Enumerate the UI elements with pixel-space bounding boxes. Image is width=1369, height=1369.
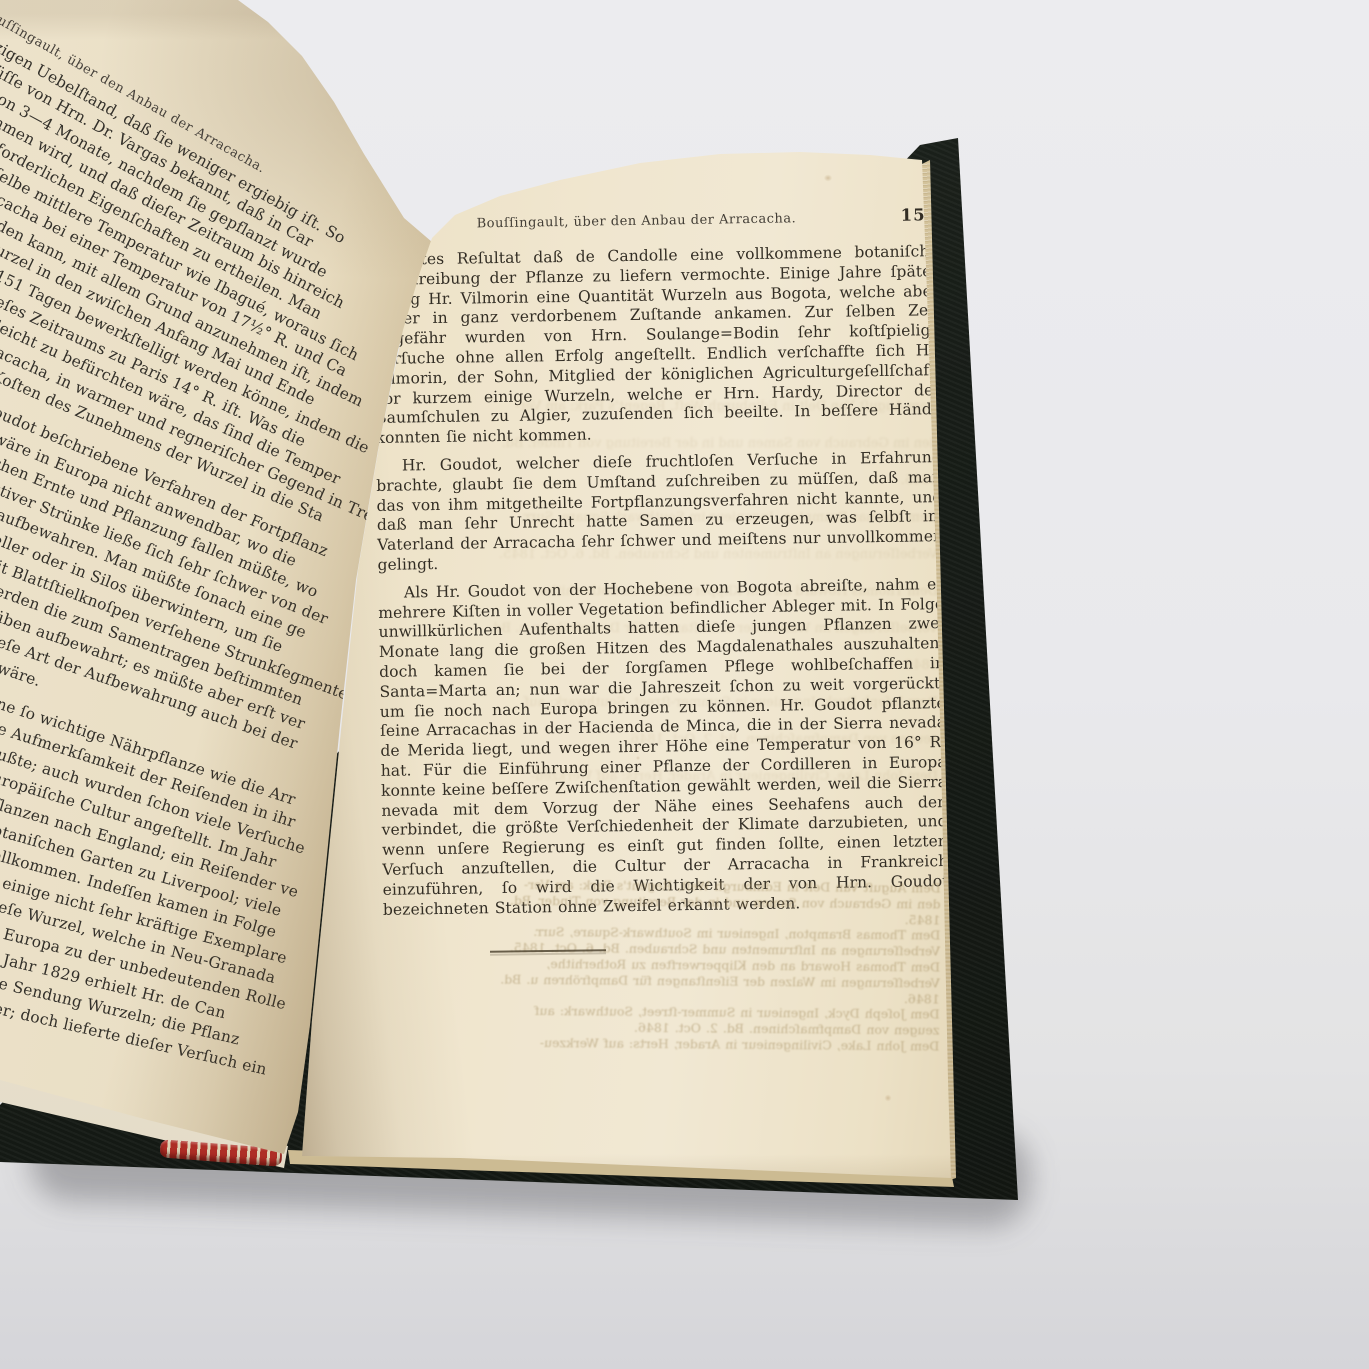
show-through-text: Dem Auguſt Van Delt in Edinburgh Weſt, R… [369, 876, 941, 1056]
paragraph-1: ſo gutes Reſultat daß de Candolle eine v… [373, 242, 942, 449]
paragraph-2: Hr. Goudot, welcher dieſe fruchtloſen Ve… [376, 448, 944, 576]
paragraph-3: Als Hr. Goudot von der Hochebene von Bog… [378, 575, 949, 920]
photo-background: Bouſſingault, über den Anbau der Arracac… [0, 0, 1369, 1369]
running-header-row: Bouſſingault, über den Anbau der Arracac… [372, 205, 938, 233]
right-page-text: Bouſſingault, über den Anbau der Arracac… [372, 205, 949, 928]
running-header: Bouſſingault, über den Anbau der Arracac… [372, 210, 901, 233]
